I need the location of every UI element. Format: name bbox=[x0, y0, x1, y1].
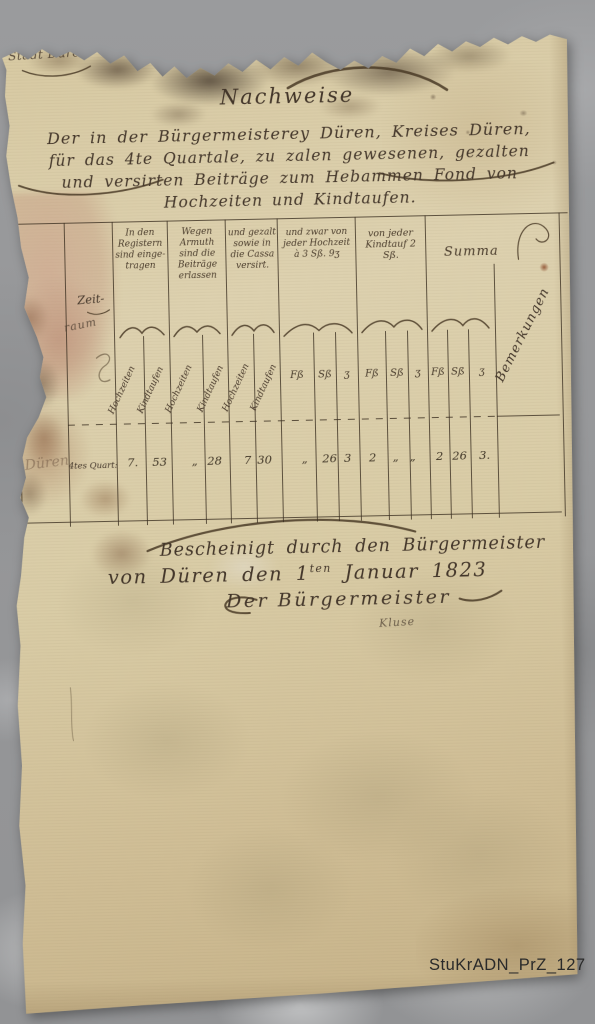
archival-photo: Stadt Düren Nachweise Der in der Bürgerm… bbox=[0, 0, 595, 1024]
cell-cassa-kindtaufen: 30 bbox=[254, 452, 276, 466]
unit-summa-groschen: Sß bbox=[447, 366, 469, 377]
col-armuth-label: Wegen Armuth sind die Beiträge erlassen bbox=[169, 226, 226, 282]
col-cassa-label: und gezalt sowie in die Cassa versirt. bbox=[227, 227, 278, 272]
archive-reference-label: StuKrADN_PrZ_127 bbox=[429, 956, 586, 975]
cell-kindtauf-pfennig: „ bbox=[401, 449, 423, 463]
cell-armuth-hochzeiten: „ bbox=[184, 454, 206, 468]
unit-hochzeit-thaler: Fß bbox=[286, 370, 308, 381]
cell-registern-hochzeiten: 7. bbox=[122, 455, 144, 469]
unit-kindtauf-thaler: Fß bbox=[361, 368, 383, 379]
cell-summa-groschen: 26 bbox=[448, 448, 470, 462]
col-registern-label: In den Registern sind einge- tragen bbox=[113, 228, 168, 273]
unit-hochzeit-pfennig: ʒ bbox=[336, 369, 358, 380]
document-paper: Stadt Düren Nachweise Der in der Bürgerm… bbox=[2, 32, 589, 1016]
col-summa-label: Summa bbox=[432, 245, 510, 258]
cell-kindtauf-thaler: 2 bbox=[361, 450, 383, 464]
unit-summa-thaler: Fß bbox=[427, 367, 449, 378]
certification-line-2-pre: von Düren den 1 bbox=[108, 562, 310, 589]
unit-kindtauf-groschen: Sß bbox=[386, 368, 408, 379]
unit-summa-pfennig: ʒ bbox=[471, 366, 493, 377]
col-zeitraum-label-1: Zeit- bbox=[77, 291, 105, 307]
paper-wrap: Stadt Düren Nachweise Der in der Bürgerm… bbox=[2, 32, 589, 1016]
col-kindtauf-geld-label: von jeder Kindtauf 2 Sß. bbox=[357, 227, 425, 261]
cell-hochzeit-pfennig: 3 bbox=[336, 451, 358, 465]
unit-kindtauf-pfennig: ʒ bbox=[407, 367, 429, 378]
col-hochzeit-geld-label: und zwar von jeder Hochzeit à 3 Sß. 9ʒ bbox=[279, 227, 355, 262]
certification-line-2-post: Januar 1823 bbox=[332, 558, 488, 584]
unit-hochzeit-groschen: Sß bbox=[314, 369, 336, 380]
cell-registern-kindtaufen: 53 bbox=[149, 455, 171, 469]
cell-armuth-kindtaufen: 28 bbox=[204, 453, 226, 467]
table-line-v1 bbox=[16, 224, 23, 528]
cell-summa-thaler: 2 bbox=[428, 449, 450, 463]
row-period: 4tes Quart: bbox=[69, 461, 118, 472]
certification-line-2-superscript: ten bbox=[310, 562, 332, 575]
cell-summa-pfennig: 3. bbox=[473, 448, 495, 462]
cell-hochzeit-thaler: „ bbox=[293, 452, 315, 466]
